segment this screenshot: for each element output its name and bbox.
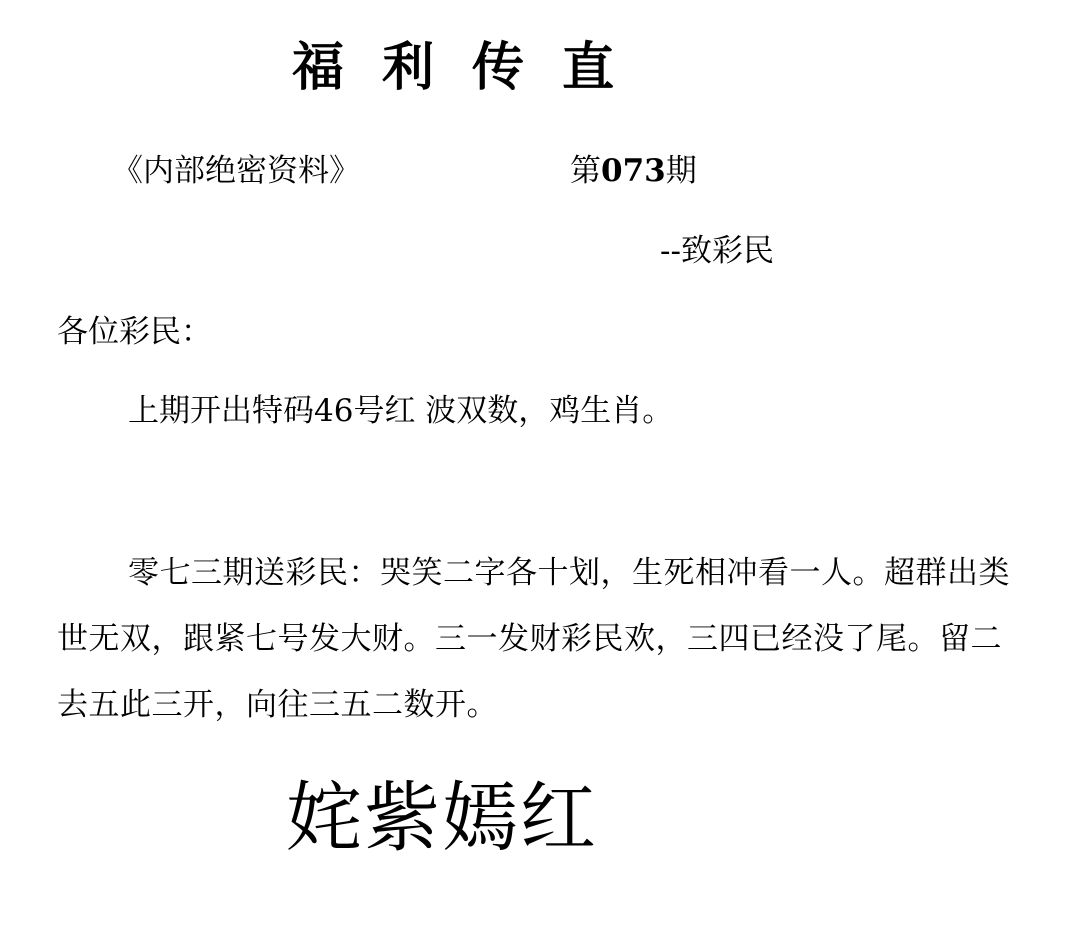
document-title: 福利传直 bbox=[292, 36, 652, 100]
signature: 姹紫嫣红 bbox=[286, 772, 598, 864]
issue-number: 第073期 bbox=[570, 150, 697, 192]
dedication-line: --致彩民 bbox=[660, 230, 774, 272]
greeting: 各位彩民： bbox=[57, 311, 212, 353]
document-subtitle: 《内部绝密资料》 bbox=[112, 150, 360, 192]
last-result-paragraph: 上期开出特码46号红 波双数，鸡生肖。 bbox=[128, 390, 673, 432]
tip-paragraph: 零七三期送彩民：哭笑二字各十划，生死相冲看一人。超群出类世无双，跟紧七号发大财。… bbox=[57, 540, 1027, 738]
issue-number-value: 073 bbox=[601, 153, 666, 189]
issue-suffix: 期 bbox=[666, 153, 697, 189]
issue-prefix: 第 bbox=[570, 153, 601, 189]
